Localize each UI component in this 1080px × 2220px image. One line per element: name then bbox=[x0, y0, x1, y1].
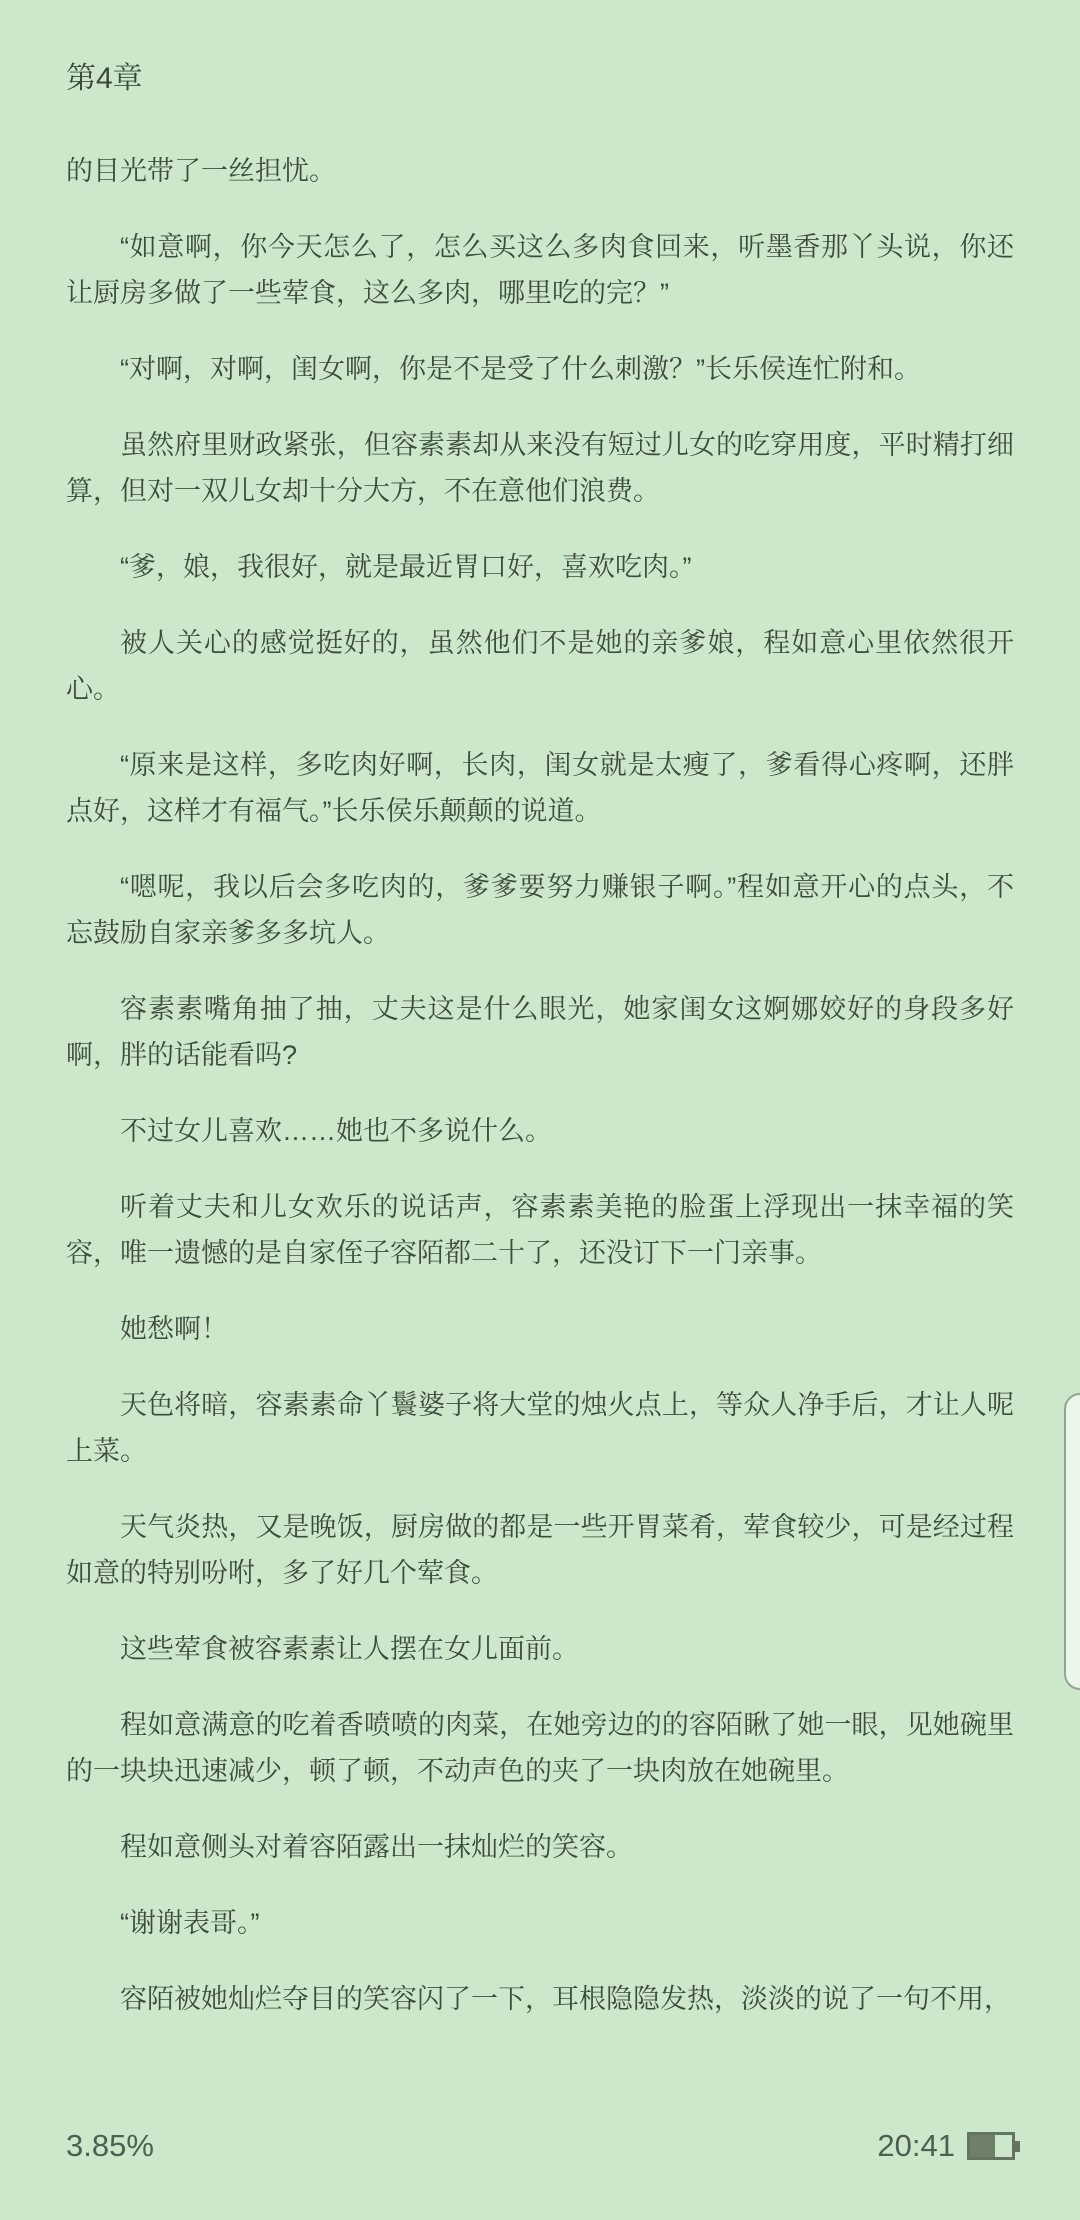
chapter-title: 第4章 bbox=[66, 56, 1014, 102]
footer-right-group: 20:41 bbox=[877, 2128, 1020, 2164]
paragraph: 被人关心的感觉挺好的，虽然他们不是她的亲爹娘，程如意心里依然很开心。 bbox=[66, 620, 1014, 712]
paragraph: 这些荤食被容素素让人摆在女儿面前。 bbox=[66, 1626, 1014, 1672]
paragraph: “原来是这样，多吃肉好啊，长肉，闺女就是太瘦了，爹看得心疼啊，还胖点好，这样才有… bbox=[66, 742, 1014, 834]
paragraph: 不过女儿喜欢……她也不多说什么。 bbox=[66, 1108, 1014, 1154]
paragraph: “对啊，对啊，闺女啊，你是不是受了什么刺激？”长乐侯连忙附和。 bbox=[66, 346, 1014, 392]
paragraph: 天色将暗，容素素命丫鬟婆子将大堂的烛火点上，等众人净手后，才让人呢上菜。 bbox=[66, 1382, 1014, 1474]
battery-nub bbox=[1015, 2141, 1020, 2152]
chapter-body: 的目光带了一丝担忧。“如意啊，你今天怎么了，怎么买这么多肉食回来，听墨香那丫头说… bbox=[66, 148, 1014, 2022]
paragraph: 她愁啊！ bbox=[66, 1306, 1014, 1352]
paragraph: “爹，娘，我很好，就是最近胃口好，喜欢吃肉。” bbox=[66, 544, 1014, 590]
paragraph: 容陌被她灿烂夺目的笑容闪了一下，耳根隐隐发热，淡淡的说了一句不用， bbox=[66, 1976, 1014, 2022]
paragraph: “嗯呢，我以后会多吃肉的，爹爹要努力赚银子啊。”程如意开心的点头，不忘鼓励自家亲… bbox=[66, 864, 1014, 956]
paragraph: 听着丈夫和儿女欢乐的说话声，容素素美艳的脸蛋上浮现出一抹幸福的笑容，唯一遗憾的是… bbox=[66, 1184, 1014, 1276]
paragraph: 程如意侧头对着容陌露出一抹灿烂的笑容。 bbox=[66, 1824, 1014, 1870]
paragraph: 的目光带了一丝担忧。 bbox=[66, 148, 1014, 194]
paragraph: 虽然府里财政紧张，但容素素却从来没有短过儿女的吃穿用度，平时精打细算，但对一双儿… bbox=[66, 422, 1014, 514]
paragraph: 天气炎热，又是晚饭，厨房做的都是一些开胃菜肴，荤食较少，可是经过程如意的特别吩咐… bbox=[66, 1504, 1014, 1596]
battery-body bbox=[967, 2132, 1015, 2160]
battery-fill bbox=[970, 2135, 995, 2157]
paragraph: 容素素嘴角抽了抽，丈夫这是什么眼光，她家闺女这婀娜姣好的身段多好啊，胖的话能看吗… bbox=[66, 986, 1014, 1078]
paragraph: “如意啊，你今天怎么了，怎么买这么多肉食回来，听墨香那丫头说，你还让厨房多做了一… bbox=[66, 224, 1014, 316]
reader-footer: 3.85% 20:41 bbox=[66, 2128, 1020, 2164]
paragraph: 程如意满意的吃着香喷喷的肉菜，在她旁边的的容陌瞅了她一眼，见她碗里的一块块迅速减… bbox=[66, 1702, 1014, 1794]
edge-panel-handle[interactable] bbox=[1064, 1393, 1080, 1690]
paragraph: “谢谢表哥。” bbox=[66, 1900, 1014, 1946]
battery-icon bbox=[967, 2132, 1020, 2160]
reader-page[interactable]: 第4章 的目光带了一丝担忧。“如意啊，你今天怎么了，怎么买这么多肉食回来，听墨香… bbox=[0, 0, 1080, 2220]
clock-label: 20:41 bbox=[877, 2128, 955, 2164]
reading-progress-label: 3.85% bbox=[66, 2128, 154, 2164]
